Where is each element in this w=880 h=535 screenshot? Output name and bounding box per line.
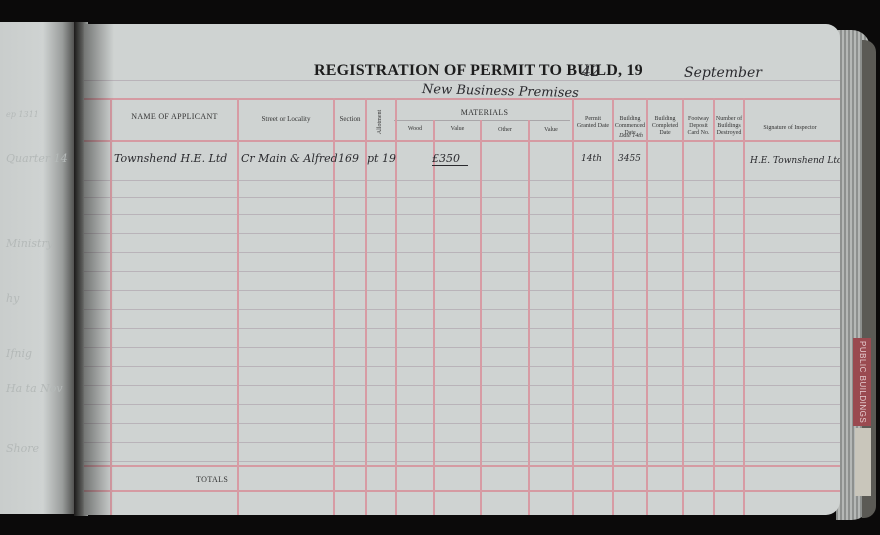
ledger-page: NAME OF APPLICANT Street or Locality Sec… xyxy=(84,24,840,515)
column-header-permit-granted-date: Permit Granted Date xyxy=(576,116,610,130)
column-header-wood: Wood xyxy=(397,125,433,133)
left-page-faded-text: Quarter 14 xyxy=(6,152,68,165)
column-header-footway-deposit-card-no: Footway Deposit Card No. xyxy=(684,116,713,137)
left-page-faded-text: ep 1311 xyxy=(6,110,39,119)
cell-name-of-applicant[interactable]: Townshend H.E. Ltd xyxy=(114,152,227,165)
cell-permit-granted-date[interactable]: 14th xyxy=(581,154,602,164)
column-header-buildings-destroyed: Number of Buildings Destroyed xyxy=(715,116,743,137)
column-header-other-value: Value xyxy=(530,126,572,134)
cell-section[interactable]: 169 xyxy=(338,152,359,165)
cell-signature-of-inspector[interactable]: H.E. Townshend Ltd xyxy=(750,156,840,166)
building-commenced-annotation: Date 14th xyxy=(616,132,646,140)
totals-label: TOTALS xyxy=(196,475,228,484)
cell-allotment[interactable]: pt 19 xyxy=(367,152,396,165)
index-tab-lower[interactable] xyxy=(855,428,871,496)
column-header-other: Other xyxy=(482,126,528,134)
column-header-section: Section xyxy=(335,115,365,123)
cell-street-or-locality[interactable]: Cr Main & Alfred xyxy=(241,152,338,165)
cell-building-commenced-date[interactable]: 3455 xyxy=(618,154,641,164)
column-header-wood-value: Value xyxy=(435,125,480,133)
year-handwritten: 42 xyxy=(582,64,600,80)
left-page-faded-text: Shore xyxy=(6,442,39,455)
column-header-street-or-locality: Street or Locality xyxy=(239,115,333,123)
left-page-faded-text: Ha ta Nov xyxy=(6,382,63,395)
column-header-signature-of-inspector: Signature of Inspector xyxy=(745,124,835,132)
left-page-faded-text: Ministry xyxy=(6,237,53,250)
month-handwritten: September xyxy=(684,65,762,81)
column-header-allotment: Allotment xyxy=(376,100,384,144)
cell-wood-value[interactable]: £350 xyxy=(432,152,468,166)
column-header-materials: MATERIALS xyxy=(397,109,572,117)
left-page-faded-text: hy xyxy=(6,292,19,305)
column-header-name-of-applicant: NAME OF APPLICANT xyxy=(112,113,237,121)
left-page-faded-text: Ifnig xyxy=(6,347,32,360)
index-tab-public-buildings[interactable]: PUBLIC BUILDINGS xyxy=(853,338,871,426)
column-header-building-completed-date: Building Completed Date xyxy=(648,116,682,137)
left-page: ep 1311 Quarter 14 Ministry hy Ifnig Ha … xyxy=(0,22,78,514)
